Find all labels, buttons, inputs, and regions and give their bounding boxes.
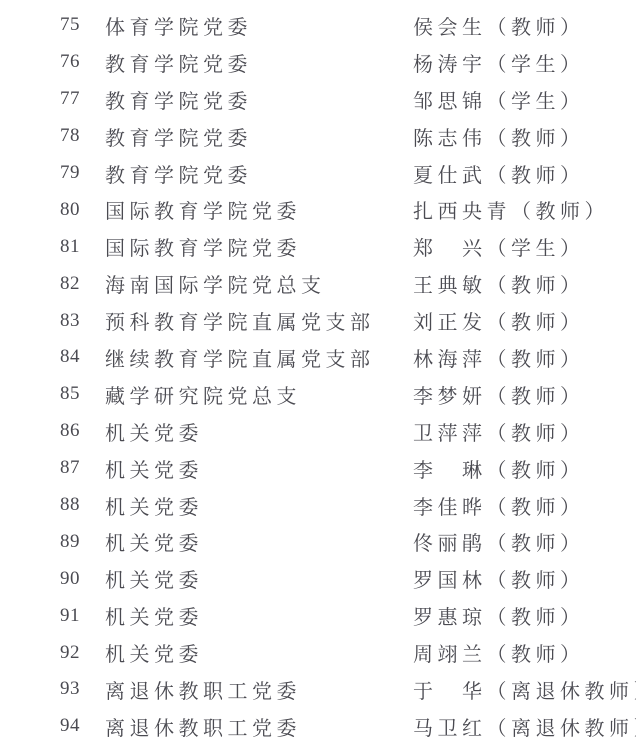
person-name: 侯会生（教师） [413,11,585,40]
table-row: 75体育学院党委侯会生（教师） [0,7,636,44]
table-row: 94离退休教职工党委马卫红（离退休教师） [0,708,636,745]
org-name: 离退休教职工党委 [105,712,413,741]
person-name: 李佳晔（教师） [413,491,585,520]
row-number: 87 [60,457,105,479]
org-name: 机关党委 [105,491,413,520]
row-number: 89 [60,531,105,553]
table-row: 85藏学研究院党总支李梦妍（教师） [0,376,636,413]
org-name: 机关党委 [105,601,413,630]
person-name: 罗惠琼（教师） [413,601,585,630]
row-number: 82 [60,273,105,295]
table-row: 84继续教育学院直属党支部林海萍（教师） [0,339,636,376]
table-row: 81国际教育学院党委郑 兴（学生） [0,228,636,265]
row-number: 84 [60,346,105,368]
table-row: 92机关党委周翊兰（教师） [0,634,636,671]
row-number: 75 [60,14,105,36]
person-name: 于 华（离退休教师） [413,675,636,704]
org-name: 教育学院党委 [105,48,413,77]
table-row: 76教育学院党委杨涛宇（学生） [0,44,636,81]
person-name: 卫萍萍（教师） [413,417,585,446]
row-number: 83 [60,310,105,332]
row-number: 77 [60,88,105,110]
table-row: 79教育学院党委夏仕武（教师） [0,155,636,192]
row-number: 85 [60,383,105,405]
row-number: 88 [60,494,105,516]
org-name: 机关党委 [105,454,413,483]
person-name: 夏仕武（教师） [413,159,585,188]
row-number: 94 [60,715,105,737]
table-row: 86机关党委卫萍萍（教师） [0,413,636,450]
person-name: 郑 兴（学生） [413,232,585,261]
table-row: 93离退休教职工党委于 华（离退休教师） [0,671,636,708]
row-number: 93 [60,678,105,700]
row-number: 86 [60,420,105,442]
org-name: 国际教育学院党委 [105,195,413,224]
person-name: 林海萍（教师） [413,343,585,372]
person-name: 陈志伟（教师） [413,122,585,151]
table-row: 89机关党委佟丽鹃（教师） [0,523,636,560]
person-name: 扎西央青（教师） [413,195,609,224]
org-name: 机关党委 [105,638,413,667]
org-name: 体育学院党委 [105,11,413,40]
row-number: 91 [60,605,105,627]
row-number: 76 [60,51,105,73]
row-number: 90 [60,568,105,590]
org-name: 教育学院党委 [105,85,413,114]
org-name: 离退休教职工党委 [105,675,413,704]
person-name: 马卫红（离退休教师） [413,712,636,741]
org-name: 机关党委 [105,564,413,593]
row-number: 80 [60,199,105,221]
org-name: 继续教育学院直属党支部 [105,343,413,372]
person-name: 李梦妍（教师） [413,380,585,409]
person-name: 刘正发（教师） [413,306,585,335]
table-row: 90机关党委罗国林（教师） [0,560,636,597]
table-row: 78教育学院党委陈志伟（教师） [0,118,636,155]
org-name: 机关党委 [105,527,413,556]
table-row: 77教育学院党委邹思锦（学生） [0,81,636,118]
org-name: 海南国际学院党总支 [105,269,413,298]
person-name: 王典敏（教师） [413,269,585,298]
org-name: 藏学研究院党总支 [105,380,413,409]
table-row: 83预科教育学院直属党支部刘正发（教师） [0,302,636,339]
table-row: 91机关党委罗惠琼（教师） [0,597,636,634]
row-number: 78 [60,125,105,147]
org-name: 教育学院党委 [105,159,413,188]
table-row: 80国际教育学院党委扎西央青（教师） [0,191,636,228]
person-name: 邹思锦（学生） [413,85,585,114]
person-name: 杨涛宇（学生） [413,48,585,77]
org-name: 预科教育学院直属党支部 [105,306,413,335]
org-name: 国际教育学院党委 [105,232,413,261]
table-row: 87机关党委李 琳（教师） [0,450,636,487]
person-name: 周翊兰（教师） [413,638,585,667]
person-name: 罗国林（教师） [413,564,585,593]
person-name: 佟丽鹃（教师） [413,527,585,556]
table-row: 88机关党委李佳晔（教师） [0,487,636,524]
row-number: 92 [60,642,105,664]
org-name: 教育学院党委 [105,122,413,151]
table-row: 82海南国际学院党总支王典敏（教师） [0,265,636,302]
row-number: 81 [60,236,105,258]
person-name: 李 琳（教师） [413,454,585,483]
roster-page: 75体育学院党委侯会生（教师）76教育学院党委杨涛宇（学生）77教育学院党委邹思… [0,0,636,746]
org-name: 机关党委 [105,417,413,446]
row-number: 79 [60,162,105,184]
